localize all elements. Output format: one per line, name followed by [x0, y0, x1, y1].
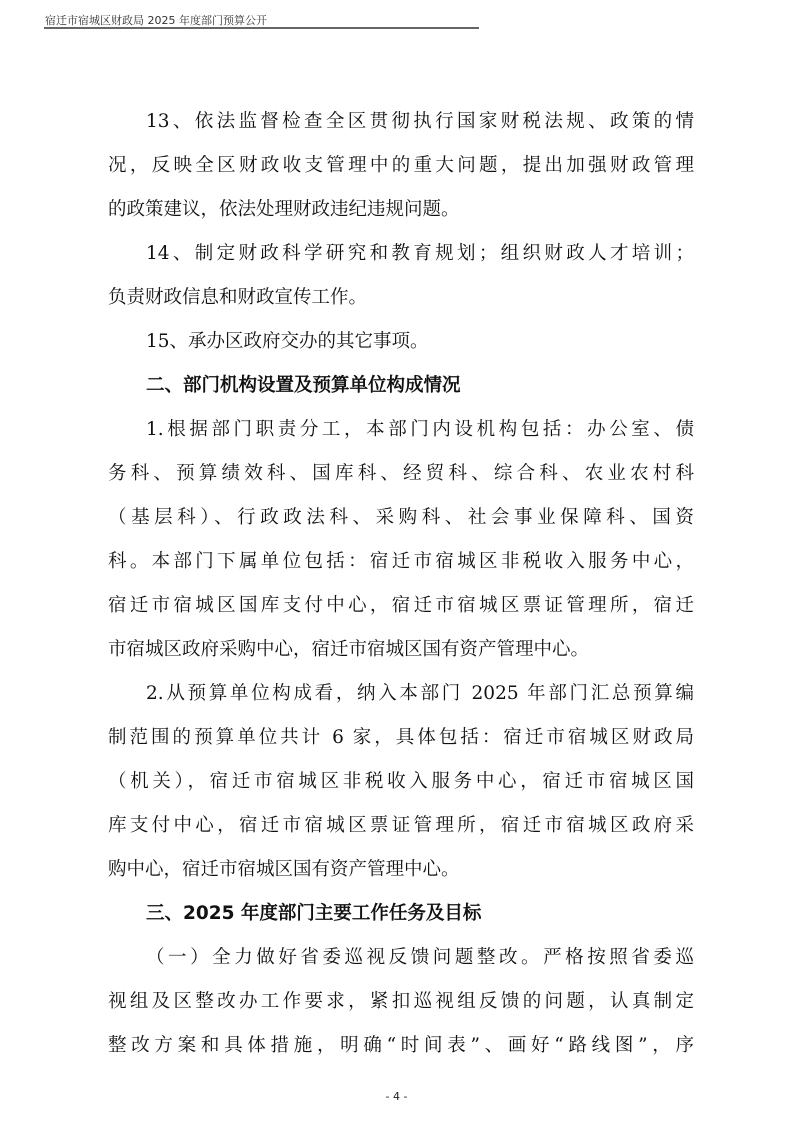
para-2-line-4: 库支付中心，宿迁市宿城区票证管理所，宿迁市宿城区政府采: [108, 814, 694, 838]
running-header: 宿迁市宿城区财政局 2025 年度部门预算公开: [45, 12, 267, 28]
para-1-line-1: 1.根据部门职责分工，本部门内设机构包括：办公室、债: [146, 418, 694, 442]
item-15-line-1: 15、承办区政府交办的其它事项。: [146, 330, 694, 354]
document-page: 宿迁市宿城区财政局 2025 年度部门预算公开 13、依法监督检查全区贯彻执行国…: [0, 0, 793, 1122]
section-3-heading: 三、2025 年度部门主要工作任务及目标: [146, 902, 481, 926]
para-2-line-5: 购中心，宿迁市宿城区国有资产管理中心。: [108, 858, 694, 882]
page-number: - 4 -: [0, 1090, 793, 1103]
para-1-line-3: （基层科）、行政政法科、采购科、社会事业保障科、国资: [108, 506, 694, 530]
para-1-line-5: 宿迁市宿城区国库支付中心，宿迁市宿城区票证管理所，宿迁: [108, 594, 694, 618]
para-3-line-3: 整改方案和具体措施，明确“时间表”、画好“路线图”，序: [108, 1034, 694, 1058]
para-1-line-6: 市宿城区政府采购中心，宿迁市宿城区国有资产管理中心。: [108, 638, 694, 662]
para-3-line-1: （一）全力做好省委巡视反馈问题整改。严格按照省委巡: [146, 946, 694, 970]
para-2-line-2: 制范围的预算单位共计 6 家，具体包括：宿迁市宿城区财政局: [108, 726, 694, 750]
item-14-line-1: 14、制定财政科学研究和教育规划；组织财政人才培训；: [146, 242, 694, 266]
para-3-line-2: 视组及区整改办工作要求，紧扣巡视组反馈的问题，认真制定: [108, 990, 694, 1014]
item-14-line-2: 负责财政信息和财政宣传工作。: [108, 286, 694, 310]
item-13-line-3: 的政策建议，依法处理财政违纪违规问题。: [108, 198, 694, 222]
para-2-line-3: （机关），宿迁市宿城区非税收入服务中心，宿迁市宿城区国: [108, 770, 694, 794]
item-13-line-2: 况，反映全区财政收支管理中的重大问题，提出加强财政管理: [108, 154, 694, 178]
para-1-line-4: 科。本部门下属单位包括：宿迁市宿城区非税收入服务中心，: [108, 550, 694, 574]
para-1-line-2: 务科、预算绩效科、国库科、经贸科、综合科、农业农村科: [108, 462, 694, 486]
section-2-heading: 二、部门机构设置及预算单位构成情况: [146, 374, 461, 398]
para-2-line-1: 2.从预算单位构成看，纳入本部门 2025 年部门汇总预算编: [146, 682, 694, 706]
item-13-line-1: 13、依法监督检查全区贯彻执行国家财税法规、政策的情: [146, 110, 694, 134]
header-divider: [44, 27, 479, 29]
